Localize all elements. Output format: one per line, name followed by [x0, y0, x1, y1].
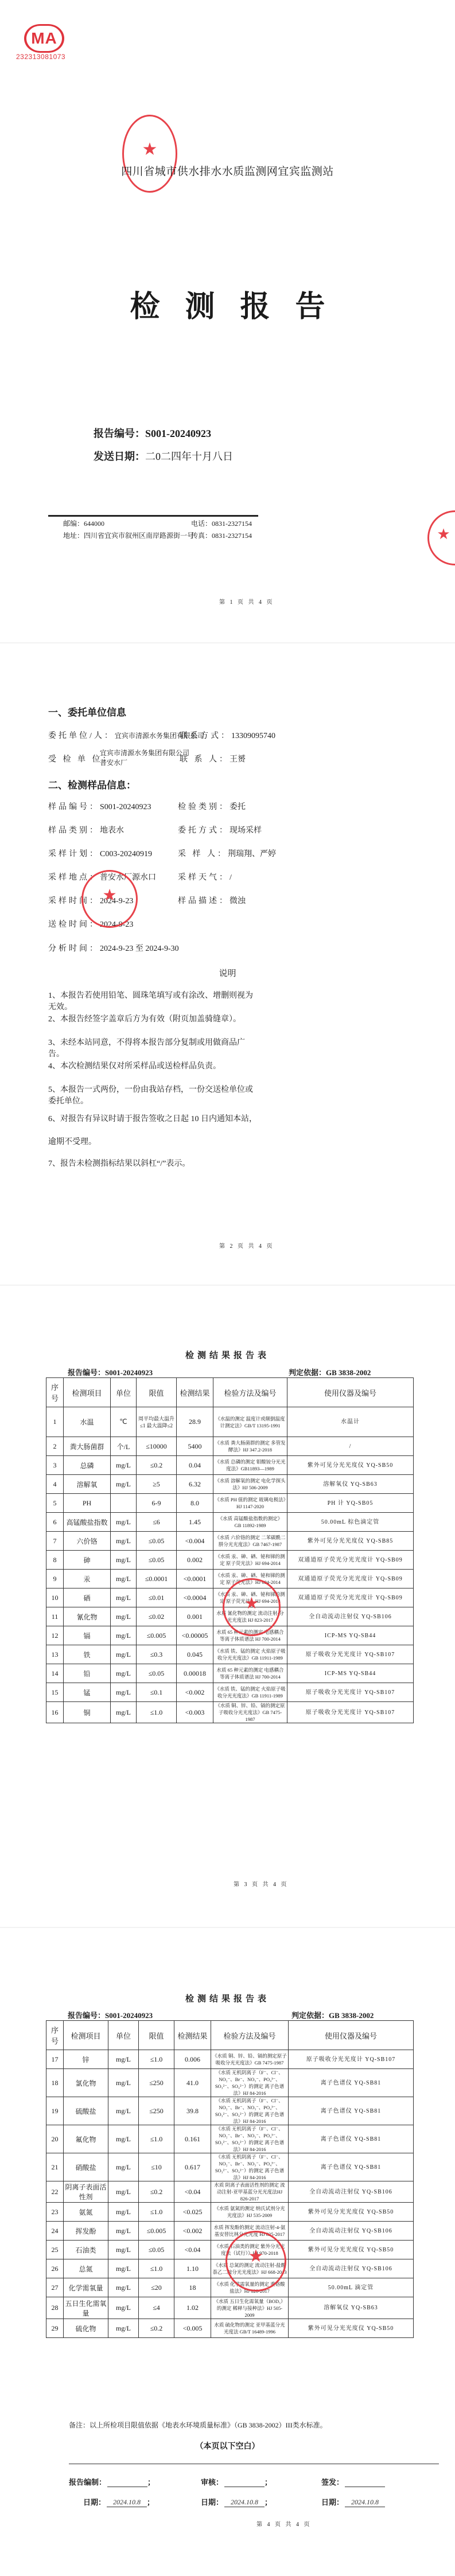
blank-page-note: （本页以下空白）: [0, 2440, 455, 2452]
test-item: 氨氮: [64, 2203, 108, 2222]
header-instrument: 使用仪器及编号: [287, 1378, 414, 1407]
row-number: 7: [46, 1532, 64, 1551]
instrument: 原子吸收分光光度计 YQ-SB107: [287, 1683, 414, 1702]
test-result: 0.045: [177, 1645, 213, 1664]
test-item: 石油类: [64, 2241, 108, 2259]
table-row: 9汞mg/L≤0.0001<0.0001《水质 汞、砷、硒、铋和锑的测定 原子荧…: [46, 1570, 414, 1588]
seal-star-icon: ★: [224, 1594, 279, 1613]
report-number-value: S001-20240923: [105, 1368, 153, 1377]
contact-method-value: 13309095740: [231, 732, 275, 740]
test-method: 《水质 铁、锰的测定 火焰原子吸收分光光度法》GB 11911-1989: [213, 1645, 287, 1664]
test-item: 铜: [64, 1702, 111, 1723]
unit: mg/L: [111, 1532, 137, 1551]
cma-certificate-number: 232313081073: [16, 53, 62, 61]
contact-person-row: 联 系 人：王赟: [180, 753, 246, 764]
test-result: <0.0004: [177, 1588, 213, 1607]
header-item: 检测项目: [64, 1378, 111, 1407]
test-result: 0.006: [174, 2050, 211, 2069]
test-result: <0.004: [177, 1532, 213, 1551]
note-item: 3、未经本站同意，不得将本报告部分复制或用做商品广告。: [48, 1037, 260, 1060]
sample-field-row: 委托方式：现场采样: [178, 824, 262, 836]
test-item: 硒: [64, 1588, 111, 1607]
test-result: 6.32: [177, 1475, 213, 1494]
compile-date-value: 2024.10.8: [107, 2498, 147, 2507]
test-method: 《水温的测定 温度计或颠倒温度计测定法》GB/T 13195-1991: [213, 1407, 287, 1437]
unit: mg/L: [108, 2097, 139, 2125]
sample-field-row: 采样计划：C003-20240919: [48, 848, 152, 859]
table-row: 8砷mg/L≤0.050.002《水质 汞、砷、硒、铋和锑的测定 原子荧光法》H…: [46, 1551, 414, 1570]
header-limit: 限值: [139, 2021, 174, 2050]
row-number: 23: [46, 2203, 64, 2222]
row-number: 18: [46, 2069, 64, 2097]
fax-value: 0831-2327154: [212, 532, 252, 540]
report-number-value: S001-20240923: [145, 428, 211, 439]
table-header-row: 序号 检测项目 单位 限值 检测结果 检验方法及编号 使用仪器及编号: [46, 1378, 414, 1407]
sample-category-value: 地表水: [100, 826, 124, 835]
results-table-title: 检测结果报告表: [0, 1349, 455, 1361]
header-result: 检测结果: [174, 2021, 211, 2050]
test-result: <0.003: [177, 1702, 213, 1723]
test-item: 高锰酸盐指数: [64, 1513, 111, 1532]
limit-value: ≤10: [139, 2153, 174, 2181]
phone-label: 电话：: [191, 520, 212, 528]
test-result: <0.025: [174, 2203, 211, 2222]
address-label: 地址：: [63, 532, 84, 540]
cover-report-number: 报告编号：S001-20240923: [94, 426, 211, 440]
table1-basis: 判定依据：GB 3838-2002: [289, 1367, 371, 1377]
test-result: <0.005: [174, 2319, 211, 2338]
test-item: 硝酸盐: [64, 2153, 108, 2181]
unit: mg/L: [111, 1683, 137, 1702]
test-method: 《水质 无机阴离子（F⁻、Cl⁻、NO₂⁻、Br⁻、NO₃⁻、PO₄³⁻、SO₃…: [211, 2069, 289, 2097]
test-item: 硫化物: [64, 2319, 108, 2338]
inspection-type-value: 委托: [230, 803, 246, 811]
notes-title: 说明: [0, 967, 455, 979]
header-method: 检验方法及编号: [213, 1378, 287, 1407]
page-number-2: 第 2 页 共 4 页: [219, 1241, 274, 1250]
test-result: 1.45: [177, 1513, 213, 1532]
test-method: 水质 硫化物的测定 亚甲基蓝分光光度法 GB/T 16489-1996: [211, 2319, 289, 2338]
test-result: 28.9: [177, 1407, 213, 1437]
unit: mg/L: [111, 1664, 137, 1683]
official-seal: ★: [122, 115, 177, 193]
table-row: 17锌mg/L≤1.00.006《水质 铜、锌、铅、镉的测定原子吸收分光光度法》…: [46, 2050, 414, 2069]
unit: mg/L: [111, 1588, 137, 1607]
seal-star-icon: ★: [227, 2246, 285, 2266]
instrument: 全自动流动注射仪 YQ-SB106: [289, 2222, 414, 2241]
row-number: 2: [46, 1437, 64, 1456]
row-number: 10: [46, 1588, 64, 1607]
table-row: 12镉mg/L≤0.005<0.00005水质 65 种元素的测定 电感耦合等离…: [46, 1626, 414, 1645]
limit-value: ≥5: [137, 1475, 177, 1494]
date-label: 日期：: [83, 2496, 106, 2507]
table-row: 24挥发酚mg/L≤0.005<0.002水质 挥发酚的测定 流动注射-4-氨基…: [46, 2222, 414, 2241]
phone: 电话：0831-2327154: [191, 518, 252, 528]
sample-category-label: 样品类别：: [48, 826, 100, 835]
cover-send-date: 发送日期：二0二四年十月八日: [94, 448, 233, 463]
report-number-label: 报告编号：: [68, 1368, 105, 1377]
page-separator: [0, 1285, 455, 1286]
report-number-label: 报告编号：: [94, 428, 145, 439]
test-item: 溶解氧: [64, 1475, 111, 1494]
row-number: 8: [46, 1551, 64, 1570]
inspected-unit-line1: 宜宾市清源水务集团有限公司: [100, 748, 189, 758]
instrument: ICP-MS YQ-SB44: [287, 1626, 414, 1645]
cover-divider: [48, 515, 258, 517]
seal-star-icon: ★: [429, 526, 455, 543]
table-row: 18氯化物mg/L≤25041.0《水质 无机阴离子（F⁻、Cl⁻、NO₂⁻、B…: [46, 2069, 414, 2097]
limit-value: ≤1.0: [139, 2125, 174, 2153]
test-result: 0.002: [177, 1551, 213, 1570]
table-row: 29硫化物mg/L≤0.2<0.005水质 硫化物的测定 亚甲基蓝分光光度法 G…: [46, 2319, 414, 2338]
row-number: 4: [46, 1475, 64, 1494]
instrument: ICP-MS YQ-SB44: [287, 1664, 414, 1683]
test-item: 氟化物: [64, 2125, 108, 2153]
sample-field-row: 采 样 人：荆瑞翔、严婷: [178, 848, 276, 859]
test-item: 水温: [64, 1407, 111, 1437]
unit: mg/L: [111, 1702, 137, 1723]
limit-value: ≤250: [139, 2097, 174, 2125]
instrument: 全自动流动注射仪 YQ-SB106: [289, 2181, 414, 2203]
table-row: 21硝酸盐mg/L≤100.617《水质 无机阴离子（F⁻、Cl⁻、NO₂⁻、B…: [46, 2153, 414, 2181]
table2-basis: 判定依据：GB 3838-2002: [291, 2009, 374, 2020]
row-number: 19: [46, 2097, 64, 2125]
test-result: <0.04: [174, 2181, 211, 2203]
test-item: 总氮: [64, 2259, 108, 2278]
test-result: 0.001: [177, 1607, 213, 1626]
limit-value: ≤1.0: [139, 2203, 174, 2222]
test-method: 《水质 铜、锌、铅、镉的测定原子吸收分光光度法》GB 7475-1987: [213, 1702, 287, 1723]
test-method: 《水质 铜、锌、铅、镉的测定原子吸收分光光度法》GB 7475-1987: [211, 2050, 289, 2069]
instrument: 离子色谱仪 YQ-SB81: [289, 2125, 414, 2153]
inspected-unit-value: 宜宾市清源水务集团有限公司 普安水厂: [100, 748, 189, 768]
instrument: /: [287, 1437, 414, 1456]
unit: mg/L: [108, 2259, 139, 2278]
unit: [111, 1494, 137, 1513]
header-result: 检测结果: [177, 1378, 213, 1407]
postcode: 邮编：644000: [63, 518, 104, 528]
sample-field-row: 检验类别：委托: [178, 801, 246, 812]
test-result: <0.002: [177, 1683, 213, 1702]
test-method: 《水质 五日生化需氧量（BOD₅）的测定 稀释与接种法》HJ 505-2009: [211, 2297, 289, 2319]
issue-label: 签发：: [321, 2476, 344, 2487]
sample-description-value: 微浊: [230, 897, 246, 905]
page-separator: [0, 642, 455, 643]
unit: mg/L: [108, 2050, 139, 2069]
page-number-3: 第 3 页 共 4 页: [234, 1879, 289, 1888]
table-row: 2粪大肠菌群个/L≤100005400《水质 粪大肠菌群的测定 多管发酵法》HJ…: [46, 1437, 414, 1456]
table-row: 13铁mg/L≤0.30.045《水质 铁、锰的测定 火焰原子吸收分光光度法》G…: [46, 1645, 414, 1664]
note-item: 4、本次检测结果仅对所采样品或送检样品负责。: [48, 1061, 260, 1072]
table-row: 16铜mg/L≤1.0<0.003《水质 铜、锌、铅、镉的测定原子吸收分光光度法…: [46, 1702, 414, 1723]
unit: mg/L: [108, 2319, 139, 2338]
table-seal: ★: [223, 1578, 281, 1636]
limit-value: ≤6: [137, 1513, 177, 1532]
test-method: 《水质 总磷的测定 钼酸铵分光光度法》GB11893—1989: [213, 1456, 287, 1475]
compile-signature: 报告编制：；: [69, 2476, 201, 2487]
limit-value: ≤0.1: [137, 1683, 177, 1702]
contact-method-label: 联系方式：: [180, 732, 231, 740]
issue-date: 日期：2024.10.8: [321, 2496, 436, 2507]
table-seal: ★: [225, 2231, 286, 2292]
contact-person-value: 王赟: [230, 755, 246, 764]
note-item: 2、本报告经签字盖章后方为有效（附页加盖骑缝章）。: [48, 1014, 260, 1025]
unit: mg/L: [108, 2222, 139, 2241]
signature-date-row: 日期：2024.10.8； 日期：2024.10.8； 日期：2024.10.8: [83, 2496, 455, 2507]
edge-seal: ★: [427, 510, 455, 565]
unit: mg/L: [108, 2069, 139, 2097]
row-number: 13: [46, 1645, 64, 1664]
instrument: 全自动流动注射仪 YQ-SB106: [287, 1607, 414, 1626]
row-number: 15: [46, 1683, 64, 1702]
review-date: 日期：2024.10.8；: [201, 2496, 321, 2507]
sampling-plan-value: C003-20240919: [100, 850, 152, 858]
instrument: 紫外可见分光光度仪 YQ-SB85: [287, 1532, 414, 1551]
test-method: 《水质 六价铬的测定 二苯碳酰二肼分光光度法》GB 7467-1987: [213, 1532, 287, 1551]
test-item: 阴离子表面活性剂: [64, 2181, 108, 2203]
row-number: 21: [46, 2153, 64, 2181]
instrument: 原子吸收分光光度计 YQ-SB107: [287, 1702, 414, 1723]
limit-value: ≤0.0001: [137, 1570, 177, 1588]
test-item: 氯化物: [64, 2069, 108, 2097]
test-item: 氰化物: [64, 1607, 111, 1626]
test-result: 1.10: [174, 2259, 211, 2278]
test-item: 铁: [64, 1645, 111, 1664]
test-result: 0.617: [174, 2153, 211, 2181]
basis-value: GB 3838-2002: [326, 1368, 371, 1377]
sample-field-row: 样品类别：地表水: [48, 824, 124, 836]
table-row: 1水温℃周平均最大温升≤1 最大温降≤228.9《水温的测定 温度计或颠倒温度计…: [46, 1407, 414, 1437]
basis-label: 判定依据：: [291, 2011, 329, 2020]
limit-value: 6-9: [137, 1494, 177, 1513]
limit-value: ≤0.3: [137, 1645, 177, 1664]
header-unit: 单位: [108, 2021, 139, 2050]
table-row: 20氟化物mg/L≤1.00.161《水质 无机阴离子（F⁻、Cl⁻、NO₂⁻、…: [46, 2125, 414, 2153]
limit-value: ≤250: [139, 2069, 174, 2097]
row-number: 6: [46, 1513, 64, 1532]
unit: mg/L: [111, 1513, 137, 1532]
instrument: 紫外可见分光光度仪 YQ-SB50: [289, 2319, 414, 2338]
instrument: 50.00mL 滴定管: [289, 2278, 414, 2297]
test-result: 8.0: [177, 1494, 213, 1513]
sample-description-label: 样品描述：: [178, 897, 230, 905]
table-header-row: 序号 检测项目 单位 限值 检测结果 检验方法及编号 使用仪器及编号: [46, 2021, 414, 2050]
table-row: 19硫酸盐mg/L≤25039.8《水质 无机阴离子（F⁻、Cl⁻、NO₂⁻、B…: [46, 2097, 414, 2125]
table-row: 5PH6-98.0《水质 PH 值的测定 玻璃电极法》HJ 1147-2020P…: [46, 1494, 414, 1513]
test-method: 水质 阴离子表面活性剂的测定 流动注射-亚甲基蓝分光光度法HJ 826-2017: [211, 2181, 289, 2203]
test-item: 镉: [64, 1626, 111, 1645]
signature-row: 报告编制：； 审核：； 签发：: [69, 2476, 442, 2487]
instrument: 全自动流动注射仪 YQ-SB106: [289, 2259, 414, 2278]
instrument: 水温计: [287, 1407, 414, 1437]
test-method: 《水质 粪大肠菌群的测定 多管发酵法》HJ 347.2-2018: [213, 1437, 287, 1456]
limit-value: 周平均最大温升≤1 最大温降≤2: [137, 1407, 177, 1437]
limit-value: ≤0.05: [137, 1664, 177, 1683]
test-method: 《水质 无机阴离子（F⁻、Cl⁻、NO₂⁻、Br⁻、NO₃⁻、PO₄³⁻、SO₃…: [211, 2153, 289, 2181]
test-item: 挥发酚: [64, 2222, 108, 2241]
instrument: 溶解氧仪 YQ-SB63: [287, 1475, 414, 1494]
issue-date-value: 2024.10.8: [345, 2498, 385, 2507]
contact-person-label: 联 系 人：: [180, 755, 230, 764]
limit-value: ≤1.0: [137, 1702, 177, 1723]
limit-value: ≤0.05: [137, 1532, 177, 1551]
sampling-weather-label: 采样天气：: [178, 873, 230, 882]
test-result: 41.0: [174, 2069, 211, 2097]
unit: mg/L: [111, 1626, 137, 1645]
unit: mg/L: [108, 2181, 139, 2203]
commission-method-label: 委托方式：: [178, 826, 230, 835]
address: 地址：四川省宜宾市叙州区南岸路源街一号: [63, 530, 194, 540]
row-number: 3: [46, 1456, 64, 1475]
limit-value: ≤0.01: [137, 1588, 177, 1607]
header-method: 检验方法及编号: [211, 2021, 289, 2050]
commission-method-value: 现场采样: [230, 826, 262, 835]
sampler-value: 荆瑞翔、严婷: [228, 850, 276, 858]
postcode-value: 644000: [84, 520, 104, 528]
cma-certification-stamp: MA: [24, 24, 64, 53]
analysis-time-label: 分析时间：: [48, 944, 100, 953]
contact-method-row: 联系方式：13309095740: [180, 729, 275, 741]
table-row: 7六价铬mg/L≤0.05<0.004《水质 六价铬的测定 二苯碳酰二肼分光光度…: [46, 1532, 414, 1551]
test-result: 39.8: [174, 2097, 211, 2125]
seal-star-icon: ★: [83, 885, 136, 904]
header-item: 检测项目: [64, 2021, 108, 2050]
basis-value: GB 3838-2002: [329, 2011, 374, 2020]
review-label: 审核：: [201, 2476, 223, 2487]
analysis-time-value: 2024-9-23 至 2024-9-30: [100, 944, 179, 953]
instrument: 离子色谱仪 YQ-SB81: [289, 2069, 414, 2097]
page-separator: [0, 1927, 455, 1928]
row-number: 12: [46, 1626, 64, 1645]
unit: mg/L: [111, 1475, 137, 1494]
limit-value: ≤0.005: [137, 1626, 177, 1645]
instrument: PH 计 YQ-SB05: [287, 1494, 414, 1513]
results-table-title: 检测结果报告表: [0, 1992, 455, 2004]
instrument: 双通道原子荧光分光光度计 YQ-SB09: [287, 1551, 414, 1570]
postcode-label: 邮编：: [63, 520, 84, 528]
header-no: 序号: [46, 2021, 64, 2050]
unit: mg/L: [111, 1645, 137, 1664]
limit-value: ≤1.0: [139, 2259, 174, 2278]
signature-divider: [69, 2464, 439, 2464]
unit: mg/L: [108, 2297, 139, 2319]
note-item: 7、报告未检测指标结果以斜杠“/”表示。: [48, 1158, 260, 1170]
page-number-4: 第 4 页 共 4 页: [256, 2519, 312, 2528]
header-limit: 限值: [137, 1378, 177, 1407]
test-method: 《水质 氨氮的测定 纳氏试剂分光光度法》HJ 535-2009: [211, 2203, 289, 2222]
review-date-value: 2024.10.8: [224, 2498, 265, 2507]
unit: mg/L: [108, 2278, 139, 2297]
section-sample-info-title: 二、检测样品信息：: [48, 777, 136, 791]
test-method: 《水质 溶解氧的测定 电化学探头法》HJ 506-2009: [213, 1475, 287, 1494]
test-item: 粪大肠菌群: [64, 1437, 111, 1456]
instrument: 双通道原子荧光分光光度计 YQ-SB09: [287, 1570, 414, 1588]
sampling-plan-label: 采样计划：: [48, 850, 100, 858]
row-number: 9: [46, 1570, 64, 1588]
compile-signature-line: [107, 2487, 147, 2487]
inspected-unit-line2: 普安水厂: [100, 758, 189, 768]
limit-value: ≤4: [139, 2297, 174, 2319]
issue-signature-line: [345, 2487, 385, 2487]
unit: 个/L: [111, 1437, 137, 1456]
note-item: 5、本报告一式两份，一份由我站存档，一份交送检单位或委托单位。: [48, 1084, 260, 1107]
limit-value: ≤0.02: [137, 1607, 177, 1626]
table-remark: 备注：以上所检项目限值依据《地表水环境质量标准》（GB 3838-2002）II…: [69, 2420, 327, 2430]
instrument: 紫外可见分光光度仪 YQ-SB50: [287, 1456, 414, 1475]
fax-label: 传真：: [191, 532, 212, 540]
test-item: PH: [64, 1494, 111, 1513]
date-label: 日期：: [321, 2496, 344, 2507]
inspection-type-label: 检验类别：: [178, 803, 230, 811]
row-number: 11: [46, 1607, 64, 1626]
row-number: 29: [46, 2319, 64, 2338]
sample-number-label: 样品编号：: [48, 803, 100, 811]
organization-name: 四川省城市供水排水水质监测网宜宾监测站: [0, 163, 455, 178]
instrument: 50.00mL 棕色滴定管: [287, 1513, 414, 1532]
review-signature-line: [224, 2487, 265, 2487]
limit-value: ≤0.005: [139, 2222, 174, 2241]
table-row: 6高锰酸盐指数mg/L≤61.45《水质 高锰酸盐指数的测定》GB 11892-…: [46, 1513, 414, 1532]
header-instrument: 使用仪器及编号: [289, 2021, 414, 2050]
sampling-weather-value: /: [230, 873, 232, 882]
limit-value: ≤0.2: [139, 2319, 174, 2338]
test-item: 锰: [64, 1683, 111, 1702]
row-number: 28: [46, 2297, 64, 2319]
test-method: 《水质 汞、砷、硒、铋和锑的测定 原子荧光法》HJ 694-2014: [213, 1551, 287, 1570]
unit: mg/L: [108, 2125, 139, 2153]
note-item: 1、本报告若使用铅笔、圆珠笔填写或有涂改、增删则视为无效。: [48, 990, 260, 1013]
test-result: 0.04: [177, 1456, 213, 1475]
limit-value: ≤20: [139, 2278, 174, 2297]
unit: mg/L: [108, 2203, 139, 2222]
date-label: 日期：: [201, 2496, 223, 2507]
table2-report-number: 报告编号：S001-20240923: [68, 2009, 153, 2020]
results-table-1: 序号 检测项目 单位 限值 检测结果 检验方法及编号 使用仪器及编号 1水温℃周…: [46, 1377, 414, 1723]
row-number: 27: [46, 2278, 64, 2297]
table-row: 23氨氮mg/L≤1.0<0.025《水质 氨氮的测定 纳氏试剂分光光度法》HJ…: [46, 2203, 414, 2222]
phone-value: 0831-2327154: [212, 520, 252, 528]
limit-value: ≤0.05: [137, 1551, 177, 1570]
instrument: 原子吸收分光光度计 YQ-SB107: [287, 1645, 414, 1664]
test-result: 18: [174, 2278, 211, 2297]
compile-label: 报告编制：: [69, 2476, 106, 2487]
test-item: 化学需氧量: [64, 2278, 108, 2297]
limit-value: ≤10000: [137, 1437, 177, 1456]
review-signature: 审核：；: [201, 2476, 321, 2487]
row-number: 16: [46, 1702, 64, 1723]
test-result: <0.002: [174, 2222, 211, 2241]
table2-body: 17锌mg/L≤1.00.006《水质 铜、锌、铅、镉的测定原子吸收分光光度法》…: [46, 2050, 414, 2338]
table1-body: 1水温℃周平均最大温升≤1 最大温降≤228.9《水温的测定 温度计或颠倒温度计…: [46, 1407, 414, 1723]
fax: 传真：0831-2327154: [191, 530, 252, 540]
unit: mg/L: [108, 2153, 139, 2181]
unit: ℃: [111, 1407, 137, 1437]
sample-field-row: 采样天气：/: [178, 871, 232, 883]
seal-star-icon: ★: [124, 139, 176, 159]
unit: mg/L: [108, 2241, 139, 2259]
test-item: 锌: [64, 2050, 108, 2069]
row-number: 26: [46, 2259, 64, 2278]
test-method: 《水质 无机阴离子（F⁻、Cl⁻、NO₂⁻、Br⁻、NO₃⁻、PO₄³⁻、SO₃…: [211, 2125, 289, 2153]
test-result: 5400: [177, 1437, 213, 1456]
table-row: 27化学需氧量mg/L≤2018《水质 化学需氧量的测定 重铬酸盐法》HJ 82…: [46, 2278, 414, 2297]
report-number-label: 报告编号：: [68, 2011, 105, 2020]
table-row: 14铅mg/L≤0.050.00018水质 65 种元素的测定 电感耦合等离子体…: [46, 1664, 414, 1683]
compile-date: 日期：2024.10.8；: [83, 2496, 201, 2507]
test-method: 《水质 铁、锰的测定 火焰原子吸收分光光度法》GB 11911-1989: [213, 1683, 287, 1702]
row-number: 22: [46, 2181, 64, 2203]
send-date-label: 发送日期：: [94, 451, 145, 462]
